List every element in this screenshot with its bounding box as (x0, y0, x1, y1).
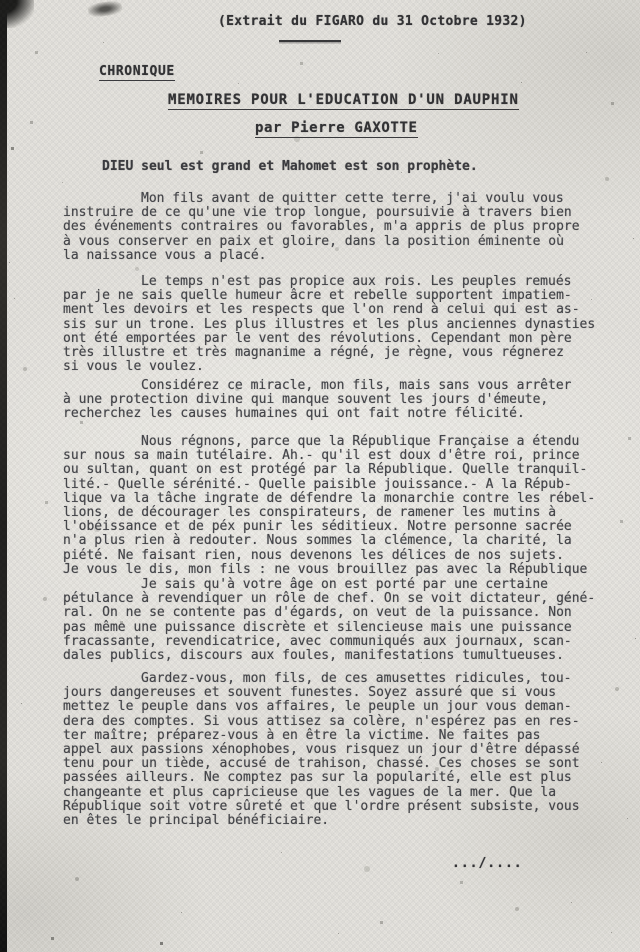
byline-label: par Pierre GAXOTTE (255, 120, 418, 138)
document-scan-page: (Extrait du FIGARO du 31 Octobre 1932) C… (0, 0, 640, 952)
paragraph-6: Gardez-vous, mon fils, de ces amusettes … (63, 672, 611, 828)
rubric-label: CHRONIQUE (99, 64, 175, 81)
article-title-label: MEMOIRES POUR L'EDUCATION D'UN DAUPHIN (168, 92, 519, 110)
byline: par Pierre GAXOTTE (255, 120, 418, 136)
paragraph-3: Considérez ce miracle, mon fils, mais sa… (63, 379, 611, 422)
paragraph-4: Nous régnons, parce que la République Fr… (63, 435, 611, 577)
paragraph-1: Mon fils avant de quitter cette terre, j… (63, 192, 611, 263)
source-line: (Extrait du FIGARO du 31 Octobre 1932) (218, 14, 527, 29)
article-title: MEMOIRES POUR L'EDUCATION D'UN DAUPHIN (168, 92, 519, 108)
scan-edge-bar (0, 0, 7, 952)
scan-noise-speckles (0, 0, 2, 2)
scan-corner-smudge (0, 0, 34, 28)
typed-separator-rule (279, 40, 341, 42)
epigraph-line: DIEU seul est grand et Mahomet est son p… (102, 159, 478, 174)
rubric-heading: CHRONIQUE (99, 64, 175, 79)
paragraph-2: Le temps n'est pas propice aux rois. Les… (63, 275, 611, 374)
scan-top-smudge (87, 0, 123, 18)
continuation-mark: .../.... (452, 856, 523, 871)
paragraph-5: Je sais qu'à votre âge on est porté par … (63, 578, 611, 663)
